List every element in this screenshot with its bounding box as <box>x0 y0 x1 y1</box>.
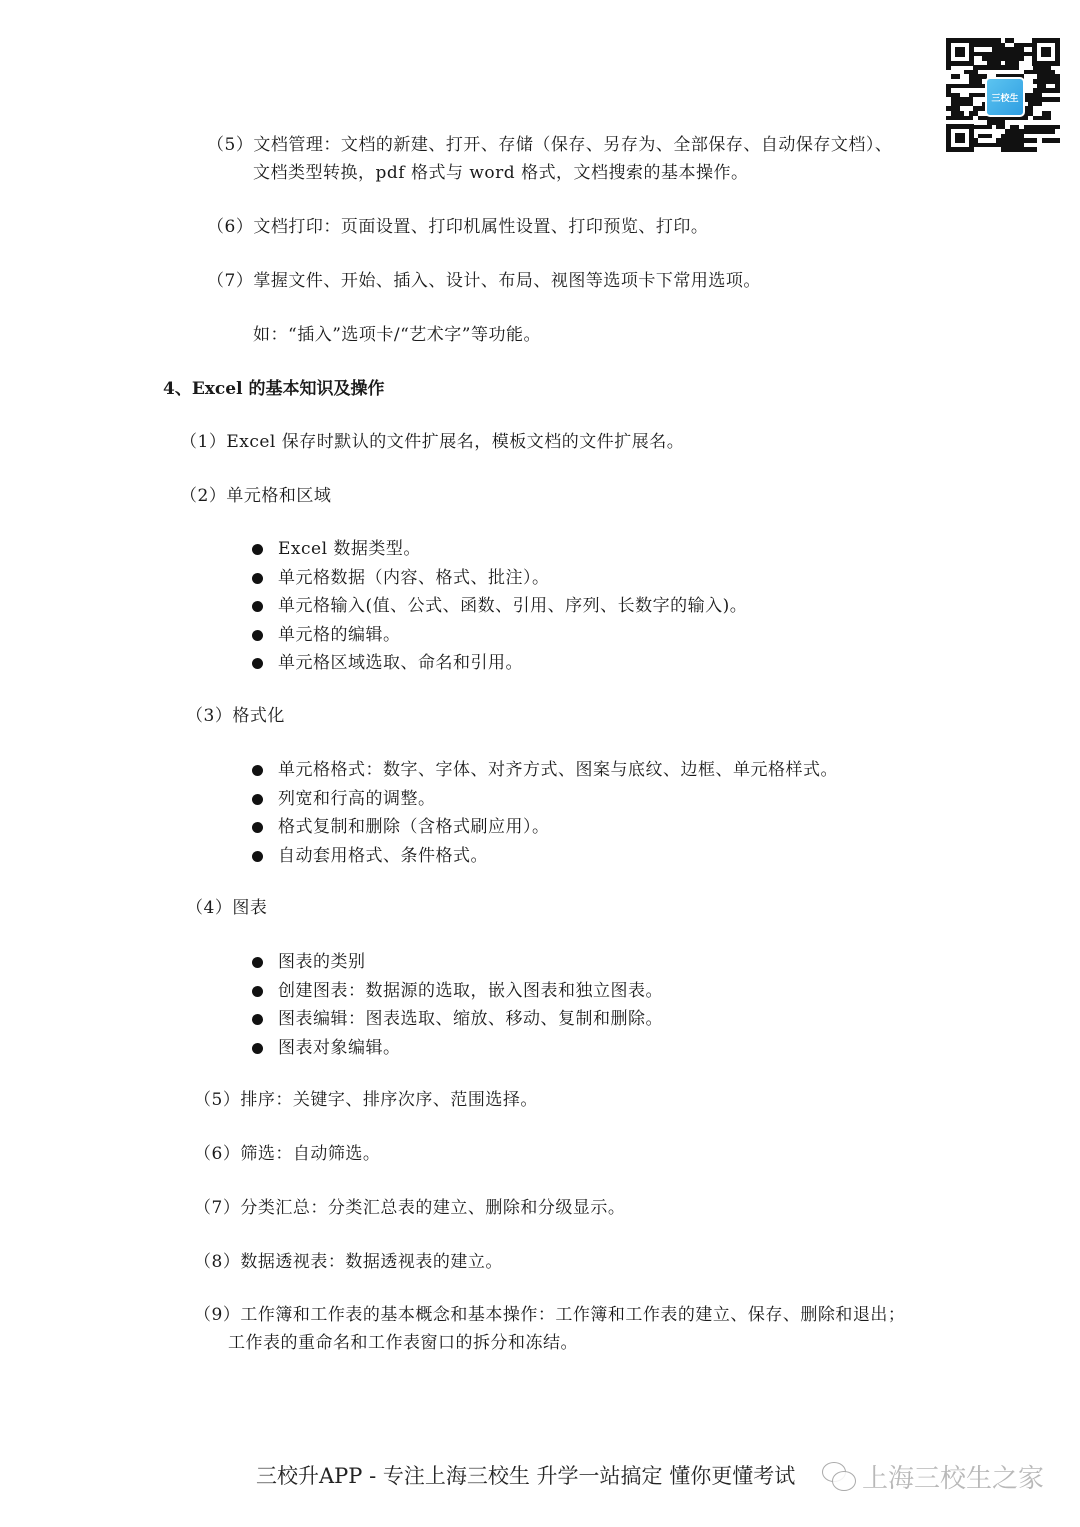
bullet-icon <box>252 851 263 862</box>
bullet-item: 列宽和行高的调整。 <box>252 785 838 814</box>
section-heading-excel: 4、Excel 的基本知识及操作 <box>163 375 384 403</box>
bullet-icon <box>252 658 263 669</box>
bullet-item: 图表的类别 <box>252 948 663 977</box>
qr-finder-top-right <box>1032 38 1060 66</box>
bullet-item: 单元格的编辑。 <box>252 621 747 650</box>
qr-finder-bottom-left <box>946 124 974 152</box>
excel-item-4-bullets: 图表的类别 创建图表：数据源的选取，嵌入图表和独立图表。 图表编辑：图表选取、缩… <box>252 948 663 1062</box>
bullet-icon <box>252 765 263 776</box>
excel-item-8: （8）数据透视表：数据透视表的建立。 <box>194 1248 503 1276</box>
bullet-icon <box>252 822 263 833</box>
bullet-item: 图表对象编辑。 <box>252 1034 663 1063</box>
bullet-item: 自动套用格式、条件格式。 <box>252 842 838 871</box>
wechat-icon <box>822 1462 856 1492</box>
bullet-item: 单元格数据（内容、格式、批注）。 <box>252 564 747 593</box>
wechat-watermark: 上海三校生之家 <box>822 1458 1044 1495</box>
bullet-icon <box>252 601 263 612</box>
bullet-icon <box>252 630 263 641</box>
bullet-item: 单元格输入(值、公式、函数、引用、序列、长数字的输入)。 <box>252 592 747 621</box>
bullet-icon <box>252 794 263 805</box>
watermark-text: 上海三校生之家 <box>862 1458 1044 1495</box>
excel-item-1: （1）Excel 保存时默认的文件扩展名，模板文档的文件扩展名。 <box>180 428 684 456</box>
doc-item-7: （7）掌握文件、开始、插入、设计、布局、视图等选项卡下常用选项。 <box>207 267 761 295</box>
bullet-icon <box>252 957 263 968</box>
doc-item-6: （6）文档打印：页面设置、打印机属性设置、打印预览、打印。 <box>207 213 708 241</box>
bullet-icon <box>252 573 263 584</box>
bullet-icon <box>252 1043 263 1054</box>
bullet-icon <box>252 1014 263 1025</box>
bullet-item: 单元格区域选取、命名和引用。 <box>252 649 747 678</box>
app-logo-icon: 三校生 <box>985 77 1025 117</box>
excel-item-3-bullets: 单元格格式：数字、字体、对齐方式、图案与底纹、边框、单元格样式。 列宽和行高的调… <box>252 756 838 870</box>
footer-slogan: 三校升APP - 专注上海三校生 升学一站搞定 懂你更懂考试 <box>256 1461 795 1491</box>
doc-item-5-line2: 文档类型转换，pdf 格式与 word 格式，文档搜索的基本操作。 <box>253 159 749 187</box>
excel-item-3-title: （3）格式化 <box>186 702 285 730</box>
excel-item-2-title: （2）单元格和区域 <box>180 482 331 510</box>
bullet-item: 单元格格式：数字、字体、对齐方式、图案与底纹、边框、单元格样式。 <box>252 756 838 785</box>
excel-item-7: （7）分类汇总：分类汇总表的建立、删除和分级显示。 <box>194 1194 625 1222</box>
excel-item-5: （5）排序：关键字、排序次序、范围选择。 <box>194 1086 538 1114</box>
excel-item-4-title: （4）图表 <box>186 894 267 922</box>
bullet-item: Excel 数据类型。 <box>252 535 747 564</box>
bullet-icon <box>252 986 263 997</box>
bullet-item: 格式复制和删除（含格式刷应用）。 <box>252 813 838 842</box>
bullet-item: 图表编辑：图表选取、缩放、移动、复制和删除。 <box>252 1005 663 1034</box>
doc-item-5-line1: （5）文档管理：文档的新建、打开、存储（保存、另存为、全部保存、自动保存文档）、 <box>207 131 892 159</box>
qr-finder-top-left <box>946 38 974 66</box>
doc-item-7-note: 如：“插入”选项卡/“艺术字”等功能。 <box>253 321 541 349</box>
bullet-icon <box>252 544 263 555</box>
excel-item-9-line2: 工作表的重命名和工作表窗口的拆分和冻结。 <box>228 1329 578 1357</box>
bullet-item: 创建图表：数据源的选取，嵌入图表和独立图表。 <box>252 977 663 1006</box>
excel-item-9-line1: （9）工作簿和工作表的基本概念和基本操作：工作簿和工作表的建立、保存、删除和退出… <box>194 1301 905 1329</box>
excel-item-6: （6）筛选：自动筛选。 <box>194 1140 380 1168</box>
excel-item-2-bullets: Excel 数据类型。 单元格数据（内容、格式、批注）。 单元格输入(值、公式、… <box>252 535 747 678</box>
qr-code: 三校生 <box>946 38 1060 152</box>
